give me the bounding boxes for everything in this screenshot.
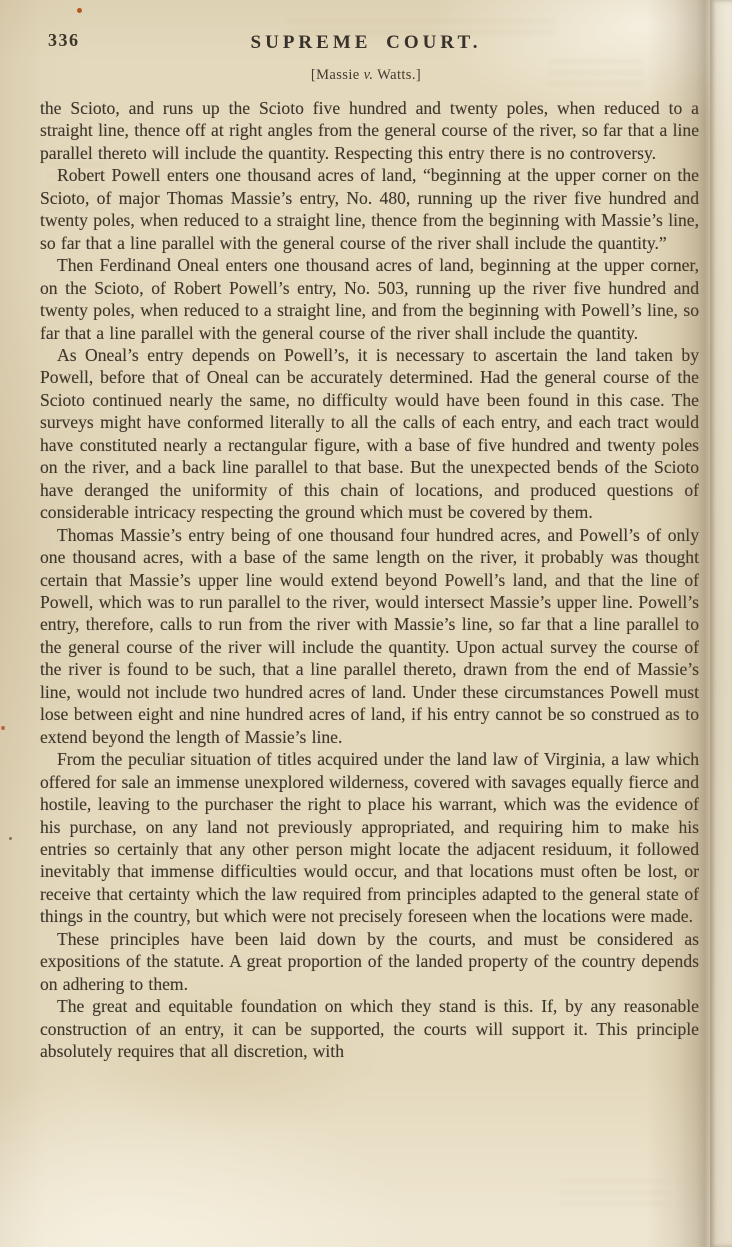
- opinion-text: the Scioto, and runs up the Scioto five …: [0, 84, 732, 1062]
- body-paragraph: Thomas Massie’s entry being of one thous…: [40, 524, 699, 749]
- page-number: 336: [48, 30, 80, 51]
- body-paragraph: These principles have been laid down by …: [40, 928, 699, 995]
- case-caption: [Massie v. Watts.]: [0, 67, 732, 84]
- body-paragraph: Then Ferdinand Oneal enters one thousand…: [40, 254, 699, 344]
- body-paragraph: The great and equitable foundation on wh…: [40, 995, 699, 1062]
- body-paragraph: From the peculiar situation of titles ac…: [40, 748, 699, 928]
- page-header: 336 SUPREME COURT.: [0, 0, 732, 60]
- case-caption-close: Watts.]: [373, 67, 421, 83]
- body-paragraph: Robert Powell enters one thousand acres …: [40, 164, 699, 254]
- case-caption-versus: v.: [364, 67, 374, 83]
- case-caption-open: [Massie: [311, 67, 364, 83]
- body-paragraph: As Oneal’s entry depends on Powell’s, it…: [40, 344, 699, 524]
- body-paragraph: the Scioto, and runs up the Scioto five …: [40, 97, 699, 164]
- running-head: SUPREME COURT.: [0, 32, 732, 54]
- book-page: 336 SUPREME COURT. [Massie v. Watts.] th…: [0, 0, 732, 1247]
- show-through-ghost: [560, 1180, 670, 1206]
